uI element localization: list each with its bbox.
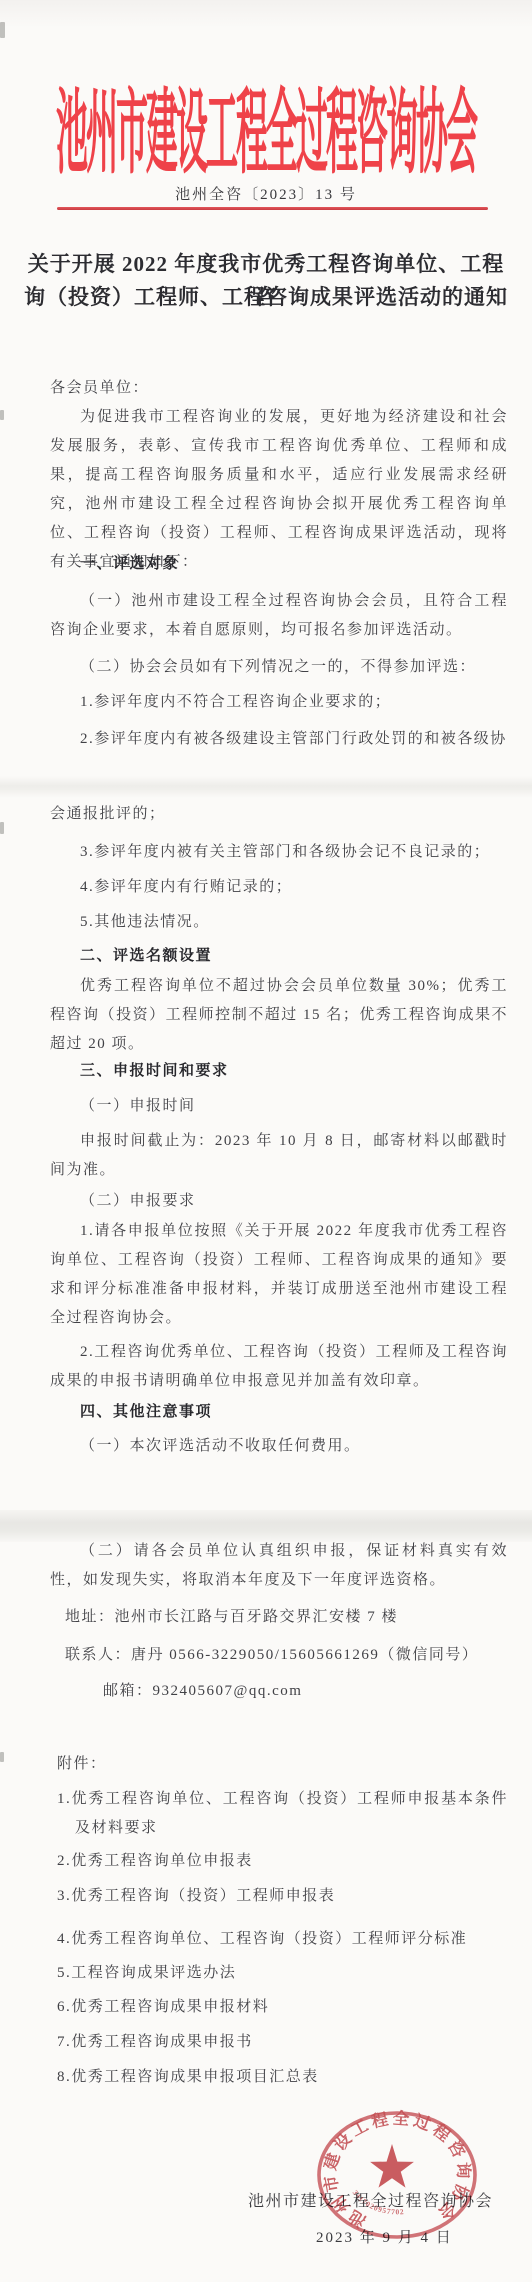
contact-person: 联系人：唐丹 0566-3229050/15605661269（微信同号） <box>65 1641 508 1670</box>
attachment-item: 6.优秀工程咨询成果申报材料 <box>57 1993 508 2022</box>
official-seal: 池州市建设工程全过程咨询协会 3417020957702 <box>312 2100 482 2252</box>
section3-paragraph2: 申报时间截止为：2023 年 10 月 8 日，邮寄材料以邮戳时间为准。 <box>50 1127 508 1185</box>
salutation: 各会员单位： <box>50 374 508 403</box>
attachment-item: 1.优秀工程咨询单位、工程咨询（投资）工程师申报基本条件及材料要求 <box>57 1785 508 1843</box>
attachment-item: 3.优秀工程咨询（投资）工程师申报表 <box>57 1882 508 1911</box>
attachment-item: 2.优秀工程咨询单位申报表 <box>57 1847 508 1876</box>
section4-paragraph2: （二）请各会员单位认真组织申报，保证材料真实有效性，如发现失实，将取消本年度及下… <box>50 1537 508 1595</box>
contact-email: 邮箱：932405607@qq.com <box>103 1677 508 1706</box>
notice-title-line2: 询（投资）工程师、工程咨询成果评选活动的通知 <box>20 281 512 314</box>
section3-paragraph1: （一）申报时间 <box>50 1092 508 1121</box>
section2-paragraph1: 优秀工程咨询单位不超过协会会员单位数量 30%；优秀工程咨询（投资）工程师控制不… <box>50 972 508 1059</box>
scan-edge-mark <box>0 22 5 38</box>
document-number: 池州全咨〔2023〕13 号 <box>0 183 532 204</box>
section4-paragraph1: （一）本次评选活动不收取任何费用。 <box>50 1432 508 1461</box>
section1-paragraph1: （一）池州市建设工程全过程咨询协会会员，且符合工程咨询企业要求，本着自愿原则，均… <box>50 587 508 645</box>
section1-item4: 4.参评年度内有行贿记录的； <box>50 873 508 902</box>
letterhead-org-name: 池州市建设工程全过程咨询协会 <box>0 60 532 193</box>
section2-heading: 二、评选名额设置 <box>50 942 508 971</box>
seal-star <box>370 2144 414 2188</box>
scan-edge-mark <box>0 410 4 420</box>
section3-paragraph5: 2.工程咨询优秀单位、工程咨询（投资）工程师及工程咨询成果的申报书请明确单位申报… <box>50 1338 508 1396</box>
section3-paragraph3: （二）申报要求 <box>50 1187 508 1216</box>
letterhead-rule <box>57 207 488 210</box>
section1-item3: 3.参评年度内被有关主管部门和各级协会记不良记录的； <box>50 838 508 867</box>
section1-item2-continuation: 会通报批评的； <box>50 800 508 829</box>
attachment-item: 7.优秀工程咨询成果申报书 <box>57 2028 508 2057</box>
scan-edge-mark <box>0 822 4 834</box>
attachments-label: 附件： <box>57 1750 508 1779</box>
scan-edge-mark <box>0 1752 4 1762</box>
section3-heading: 三、申报时间和要求 <box>50 1057 508 1086</box>
page-seam <box>0 776 532 798</box>
section1-paragraph2: （二）协会会员如有下列情况之一的，不得参加评选： <box>50 653 508 682</box>
section1-item5: 5.其他违法情况。 <box>50 908 508 937</box>
section1-item2: 2.参评年度内有被各级建设主管部门行政处罚的和被各级协 <box>50 725 508 754</box>
attachment-item: 5.工程咨询成果评选办法 <box>57 1959 508 1988</box>
section4-heading: 四、其他注意事项 <box>50 1398 508 1427</box>
attachment-item: 4.优秀工程咨询单位、工程咨询（投资）工程师评分标准 <box>57 1925 508 1954</box>
attachment-item: 8.优秀工程咨询成果申报项目汇总表 <box>57 2063 508 2092</box>
section3-paragraph4: 1.请各申报单位按照《关于开展 2022 年度我市优秀工程咨询单位、工程咨询（投… <box>50 1217 508 1333</box>
scanned-notice-document: 池州市建设工程全过程咨询协会 池州全咨〔2023〕13 号 关于开展 2022 … <box>0 0 532 2282</box>
scan-top-shadow <box>0 0 532 28</box>
contact-address: 地址：池州市长江路与百牙路交界汇安楼 7 楼 <box>65 1603 508 1632</box>
section1-heading: 一、评选对象 <box>50 550 508 579</box>
section1-item1: 1.参评年度内不符合工程咨询企业要求的； <box>50 688 508 717</box>
